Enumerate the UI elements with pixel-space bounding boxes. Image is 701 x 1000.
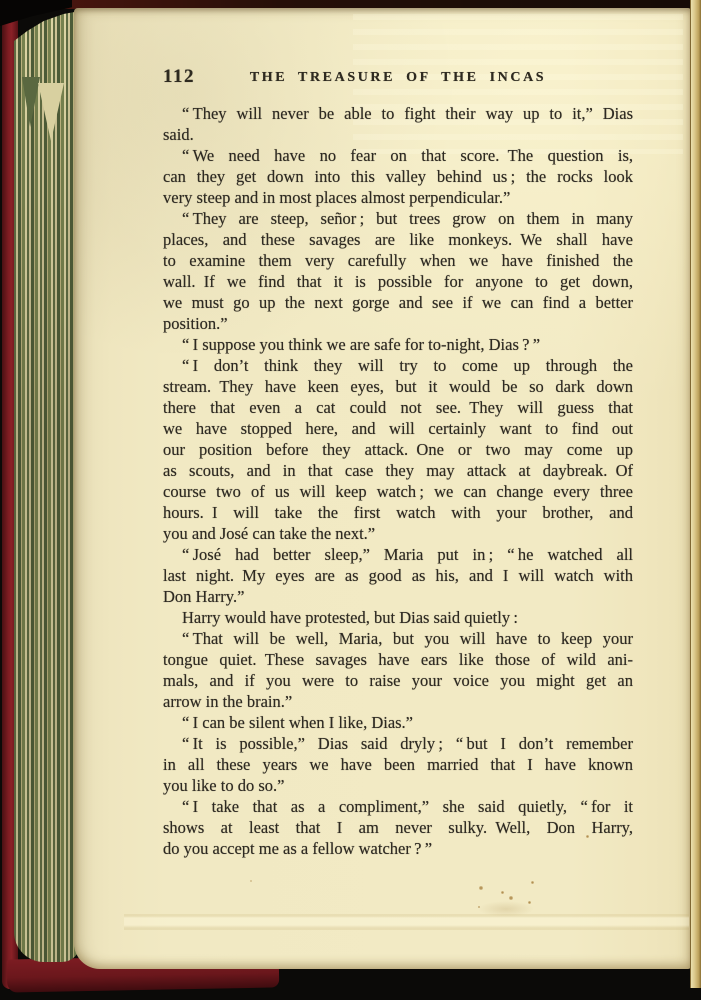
text-line: “ I suppose you think we are safe for to… <box>163 334 633 355</box>
text-line: “ I can be silent when I like, Dias.” <box>163 712 633 733</box>
foxing-smudge <box>478 901 534 917</box>
foxing-spot <box>479 886 483 890</box>
text-line: there that even a cat could not see. The… <box>163 397 633 418</box>
text-line: you like to do so.” <box>163 775 633 796</box>
text-line: tongue quiet. These savages have ears li… <box>163 649 633 670</box>
text-line: “ They are steep, señor ; but trees grow… <box>163 208 633 229</box>
text-line: “ I don’t think they will try to come up… <box>163 355 633 376</box>
foxing-spot <box>509 896 513 900</box>
text-line: “ It is possible,” Dias said dryly ; “ b… <box>163 733 633 754</box>
text-line: “ José had better sleep,” Maria put in ;… <box>163 544 633 565</box>
text-line: very steep and in most places almost per… <box>163 187 633 208</box>
text-line: we have stopped here, and will certainly… <box>163 418 633 439</box>
text-line: in all these years we have been married … <box>163 754 633 775</box>
foxing-spot <box>250 880 252 882</box>
text-line: to examine them very carefully when we h… <box>163 250 633 271</box>
text-line: do you accept me as a fellow watcher ? ” <box>163 838 633 859</box>
foxing-spot <box>478 906 480 908</box>
text-line: Don Harry.” <box>163 586 633 607</box>
page-edge-stack <box>14 9 80 962</box>
scanned-book-photo: 112 THE TREASURE OF THE INCAS “ They wil… <box>0 0 701 1000</box>
text-line: stream. They have keen eyes, but it woul… <box>163 376 633 397</box>
text-line: Harry would have protested, but Dias sai… <box>163 607 633 628</box>
text-line: “ They will never be able to fight their… <box>163 103 633 124</box>
running-header: THE TREASURE OF THE INCAS <box>163 70 633 86</box>
text-line: places, and these savages are like monke… <box>163 229 633 250</box>
text-line: mals, and if you were to raise your voic… <box>163 670 633 691</box>
text-line: course two of us will keep watch ; we ca… <box>163 481 633 502</box>
text-line: “ That will be well, Maria, but you will… <box>163 628 633 649</box>
page-text: “ They will never be able to fight their… <box>163 103 633 859</box>
foxing-spot <box>501 891 504 894</box>
text-line: as scouts, and in that case they may att… <box>163 460 633 481</box>
text-line: can they get down into this valley behin… <box>163 166 633 187</box>
page-fore-edge-right <box>690 0 701 988</box>
text-line: last night. My eyes are as good as his, … <box>163 565 633 586</box>
foxing-spot <box>528 901 531 904</box>
text-line: our position before they attack. One or … <box>163 439 633 460</box>
paper-sheen-band <box>124 914 689 930</box>
foxing-spot <box>531 881 534 884</box>
text-line: “ We need have no fear on that score. Th… <box>163 145 633 166</box>
text-line: arrow in the brain.” <box>163 691 633 712</box>
text-line: you and José can take the next.” <box>163 523 633 544</box>
text-line: “ I take that as a compliment,” she said… <box>163 796 633 817</box>
text-line: said. <box>163 124 633 145</box>
text-line: we must go up the next gorge and see if … <box>163 292 633 313</box>
text-line: shows at least that I am never sulky. We… <box>163 817 633 838</box>
text-line: position.” <box>163 313 633 334</box>
book-page: 112 THE TREASURE OF THE INCAS “ They wil… <box>74 8 691 969</box>
page-header: 112 THE TREASURE OF THE INCAS <box>163 66 633 90</box>
text-line: wall. If we find that it is possible for… <box>163 271 633 292</box>
text-line: hours. I will take the first watch with … <box>163 502 633 523</box>
